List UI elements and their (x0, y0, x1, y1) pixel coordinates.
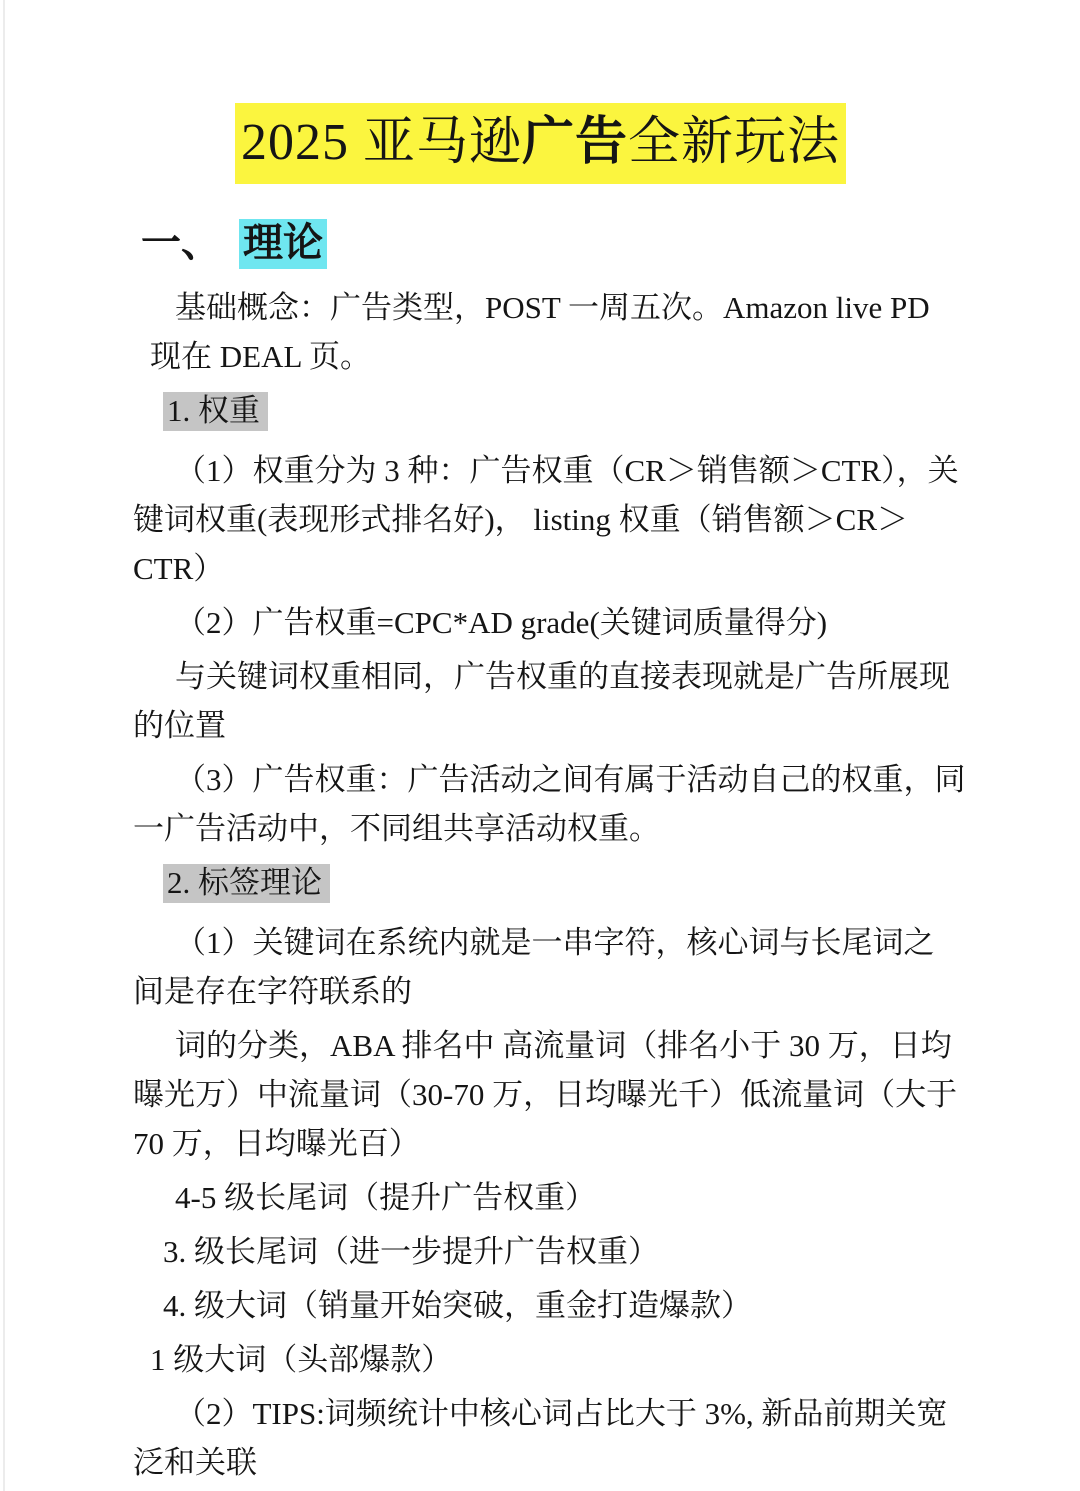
title-highlight: 2025 亚马逊广告全新玩法 (235, 103, 846, 184)
paragraph-line: 间是存在字符联系的 (133, 967, 948, 1016)
paragraph-line: 曝光万）中流量词（30-70 万，日均曝光千）低流量词（大于 (133, 1070, 948, 1119)
paragraph-line: 基础概念：广告类型，POST 一周五次。Amazon live PD (133, 283, 948, 332)
paragraph-line: 词的分类，ABA 排名中 高流量词（排名小于 30 万，日均 (133, 1021, 948, 1070)
paragraph-intro: 基础概念：广告类型，POST 一周五次。Amazon live PD 现在 DE… (133, 283, 948, 381)
paragraph-line: 3. 级长尾词（进一步提升广告权重） (133, 1227, 948, 1276)
paragraph-line: 一广告活动中，不同组共享活动权重。 (133, 804, 948, 853)
page-edge-line (3, 0, 5, 1491)
subheading-weight-highlight: 1. 权重 (163, 392, 268, 431)
section-heading: 一、理论 (141, 217, 948, 283)
paragraph-big-level4: 4. 级大词（销量开始突破，重金打造爆款） (133, 1281, 948, 1330)
paragraph-line: 4. 级大词（销量开始突破，重金打造爆款） (133, 1281, 948, 1330)
subheading-weight: 1. 权重 (133, 386, 948, 441)
document-body: 2025 亚马逊广告全新玩法 一、理论 基础概念：广告类型，POST 一周五次。… (133, 0, 948, 1487)
section-heading-highlight: 理论 (239, 219, 327, 269)
paragraph-tail-level3: 3. 级长尾词（进一步提升广告权重） (133, 1227, 948, 1276)
subheading-label-theory-highlight: 2. 标签理论 (163, 864, 330, 903)
paragraph-line: 泛和关联 (133, 1438, 948, 1487)
paragraph-line: CTR） (133, 544, 948, 593)
paragraph-line: 1 级大词（头部爆款） (133, 1335, 948, 1384)
paragraph-line: （1）权重分为 3 种：广告权重（CR＞销售额＞CTR），关 (133, 446, 948, 495)
paragraph-line: （1）关键词在系统内就是一串字符，核心词与长尾词之 (133, 918, 948, 967)
title-text-end: 全新玩法 (628, 114, 840, 171)
paragraph-weight-point3: （3）广告权重：广告活动之间有属于活动自己的权重，同 一广告活动中，不同组共享活… (133, 755, 948, 853)
title-text-start: 2025 亚马逊 (241, 114, 522, 171)
paragraph-line: （3）广告权重：广告活动之间有属于活动自己的权重，同 (133, 755, 948, 804)
paragraph-label-point1: （1）关键词在系统内就是一串字符，核心词与长尾词之 间是存在字符联系的 (133, 918, 948, 1016)
paragraph-line: 键词权重(表现形式排名好)， listing 权重（销售额＞CR＞ (133, 495, 948, 544)
paragraph-line: （2）广告权重=CPC*AD grade(关键词质量得分) (133, 598, 948, 647)
title-text-bold: 广告 (522, 113, 628, 171)
paragraph-big-level1: 1 级大词（头部爆款） (133, 1335, 948, 1384)
paragraph-line: （2）TIPS:词频统计中核心词占比大于 3%, 新品前期关宽 (133, 1389, 948, 1438)
paragraph-tips: （2）TIPS:词频统计中核心词占比大于 3%, 新品前期关宽 泛和关联 (133, 1389, 948, 1487)
paragraph-weight-point1: （1）权重分为 3 种：广告权重（CR＞销售额＞CTR），关 键词权重(表现形式… (133, 446, 948, 593)
paragraph-line: 的位置 (133, 701, 948, 750)
paragraph-line: 4-5 级长尾词（提升广告权重） (133, 1173, 948, 1222)
document-page: { "document": { "title": { "normal_start… (0, 0, 1080, 1491)
document-title: 2025 亚马逊广告全新玩法 (133, 100, 948, 197)
section-number: 一、 (141, 221, 221, 265)
paragraph-weight-point2: （2）广告权重=CPC*AD grade(关键词质量得分) (133, 598, 948, 647)
paragraph-line: 现在 DEAL 页。 (133, 332, 948, 381)
paragraph-tail-level45: 4-5 级长尾词（提升广告权重） (133, 1173, 948, 1222)
subheading-label-theory: 2. 标签理论 (133, 858, 948, 913)
paragraph-line: 70 万，日均曝光百） (133, 1119, 948, 1168)
paragraph-label-classification: 词的分类，ABA 排名中 高流量词（排名小于 30 万，日均 曝光万）中流量词（… (133, 1021, 948, 1168)
paragraph-line: 与关键词权重相同，广告权重的直接表现就是广告所展现 (133, 652, 948, 701)
paragraph-weight-point2-note: 与关键词权重相同，广告权重的直接表现就是广告所展现 的位置 (133, 652, 948, 750)
